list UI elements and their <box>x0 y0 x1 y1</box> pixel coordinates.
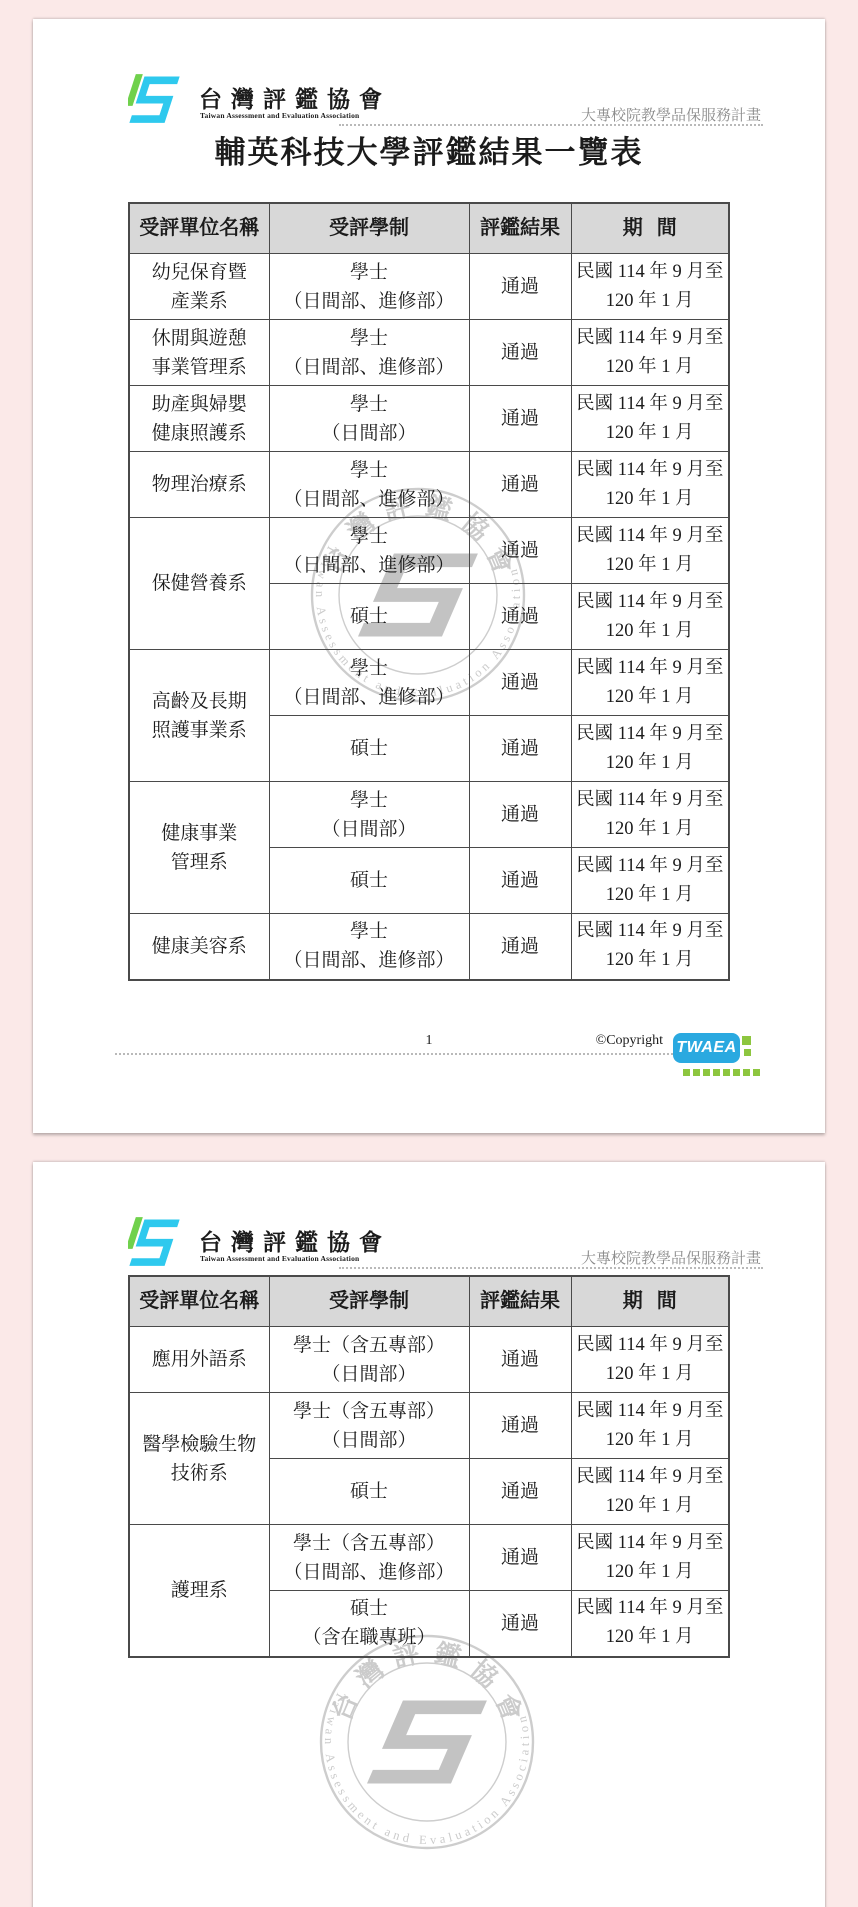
period-cell: 民國 114 年 9 月至120 年 1 月 <box>571 254 729 320</box>
program-cell: 學士（日間部、進修部） <box>269 650 469 716</box>
period-cell: 民國 114 年 9 月至120 年 1 月 <box>571 782 729 848</box>
unit-cell: 幼兒保育暨產業系 <box>129 254 269 320</box>
program-cell: 學士（日間部、進修部） <box>269 452 469 518</box>
table-header-row: 受評單位名稱受評學制評鑑結果期間 <box>129 1276 729 1327</box>
unit-cell: 休閒與遊憩事業管理系 <box>129 320 269 386</box>
table-row: 助產與婦嬰健康照護系學士（日間部）通過民國 114 年 9 月至120 年 1 … <box>129 386 729 452</box>
program-cell: 碩士 <box>269 848 469 914</box>
result-cell: 通過 <box>469 782 571 848</box>
result-cell: 通過 <box>469 1591 571 1657</box>
association-name-zh: 台灣評鑑協會 <box>199 81 391 114</box>
watermark-seal: 台 灣 評 鑑 協 會 Taiwan Assessment and Evalua… <box>307 1622 547 1862</box>
result-cell: 通過 <box>469 716 571 782</box>
table-row: 物理治療系學士（日間部、進修部）通過民國 114 年 9 月至120 年 1 月 <box>129 452 729 518</box>
evaluation-table: 受評單位名稱受評學制評鑑結果期間 幼兒保育暨產業系學士（日間部、進修部）通過民國… <box>128 202 730 981</box>
result-cell: 通過 <box>469 848 571 914</box>
table-row: 幼兒保育暨產業系學士（日間部、進修部）通過民國 114 年 9 月至120 年 … <box>129 254 729 320</box>
twaea-brand-badge: TWAEA <box>673 1033 740 1063</box>
program-cell: 學士（日間部） <box>269 782 469 848</box>
unit-cell: 高齡及長期照護事業系 <box>129 650 269 782</box>
unit-cell: 護理系 <box>129 1525 269 1657</box>
program-cell: 碩士 <box>269 716 469 782</box>
column-header: 受評學制 <box>269 1276 469 1327</box>
footer-dotted-divider <box>115 1051 673 1055</box>
column-header: 期間 <box>571 203 729 254</box>
page-title: 輔英科技大學評鑑結果一覽表 <box>33 127 825 172</box>
period-cell: 民國 114 年 9 月至120 年 1 月 <box>571 1459 729 1525</box>
period-cell: 民國 114 年 9 月至120 年 1 月 <box>571 584 729 650</box>
result-cell: 通過 <box>469 254 571 320</box>
result-cell: 通過 <box>469 518 571 584</box>
table-row: 高齡及長期照護事業系學士（日間部、進修部）通過民國 114 年 9 月至120 … <box>129 650 729 716</box>
unit-cell: 保健營養系 <box>129 518 269 650</box>
result-cell: 通過 <box>469 452 571 518</box>
result-cell: 通過 <box>469 650 571 716</box>
unit-cell: 醫學檢驗生物技術系 <box>129 1393 269 1525</box>
result-cell: 通過 <box>469 914 571 980</box>
result-cell: 通過 <box>469 386 571 452</box>
document-viewer: 台灣評鑑協會 Taiwan Assessment and Evaluation … <box>0 0 858 1907</box>
program-cell: 學士（日間部） <box>269 386 469 452</box>
result-cell: 通過 <box>469 1327 571 1393</box>
result-cell: 通過 <box>469 584 571 650</box>
table-row: 保健營養系學士（日間部、進修部）通過民國 114 年 9 月至120 年 1 月 <box>129 518 729 584</box>
program-cell: 學士（含五專部）（日間部） <box>269 1327 469 1393</box>
association-name-en: Taiwan Assessment and Evaluation Associa… <box>200 1254 359 1263</box>
table-row: 應用外語系學士（含五專部）（日間部）通過民國 114 年 9 月至120 年 1… <box>129 1327 729 1393</box>
document-page-1: 台灣評鑑協會 Taiwan Assessment and Evaluation … <box>33 19 825 1133</box>
copyright-label: ©Copyright <box>553 1033 663 1049</box>
program-cell: 學士（日間部、進修部） <box>269 254 469 320</box>
header-dotted-divider <box>339 1265 763 1269</box>
evaluation-table: 受評單位名稱受評學制評鑑結果期間 應用外語系學士（含五專部）（日間部）通過民國 … <box>128 1275 730 1658</box>
unit-cell: 物理治療系 <box>129 452 269 518</box>
period-cell: 民國 114 年 9 月至120 年 1 月 <box>571 1327 729 1393</box>
unit-cell: 健康事業管理系 <box>129 782 269 914</box>
document-page-2: 台灣評鑑協會 Taiwan Assessment and Evaluation … <box>33 1162 825 1907</box>
svg-text:灣: 灣 <box>349 1654 389 1694</box>
period-cell: 民國 114 年 9 月至120 年 1 月 <box>571 518 729 584</box>
header-dotted-divider <box>339 122 763 126</box>
program-cell: 碩士 <box>269 1459 469 1525</box>
program-cell: 學士（日間部、進修部） <box>269 518 469 584</box>
period-cell: 民國 114 年 9 月至120 年 1 月 <box>571 716 729 782</box>
period-cell: 民國 114 年 9 月至120 年 1 月 <box>571 650 729 716</box>
period-cell: 民國 114 年 9 月至120 年 1 月 <box>571 848 729 914</box>
column-header: 評鑑結果 <box>469 1276 571 1327</box>
program-cell: 碩士 <box>269 584 469 650</box>
twaea-logo-icon <box>128 71 182 129</box>
twaea-logo-icon <box>128 1214 182 1272</box>
program-cell: 學士（含五專部）（日間部、進修部） <box>269 1525 469 1591</box>
column-header: 受評單位名稱 <box>129 1276 269 1327</box>
association-name-zh: 台灣評鑑協會 <box>199 1224 391 1257</box>
result-cell: 通過 <box>469 320 571 386</box>
watermark-s-icon <box>367 1701 487 1784</box>
program-cell: 學士（含五專部）（日間部） <box>269 1393 469 1459</box>
svg-text:協: 協 <box>465 1655 504 1694</box>
column-header: 受評學制 <box>269 203 469 254</box>
table-row: 醫學檢驗生物技術系學士（含五專部）（日間部）通過民國 114 年 9 月至120… <box>129 1393 729 1459</box>
column-header: 評鑑結果 <box>469 203 571 254</box>
table-row: 健康事業管理系學士（日間部）通過民國 114 年 9 月至120 年 1 月 <box>129 782 729 848</box>
program-cell: 學士（日間部、進修部） <box>269 320 469 386</box>
unit-cell: 健康美容系 <box>129 914 269 980</box>
period-cell: 民國 114 年 9 月至120 年 1 月 <box>571 1591 729 1657</box>
period-cell: 民國 114 年 9 月至120 年 1 月 <box>571 1393 729 1459</box>
column-header: 期間 <box>571 1276 729 1327</box>
column-header: 受評單位名稱 <box>129 203 269 254</box>
program-cell: 學士（日間部、進修部） <box>269 914 469 980</box>
table-header-row: 受評單位名稱受評學制評鑑結果期間 <box>129 203 729 254</box>
table-row: 休閒與遊憩事業管理系學士（日間部、進修部）通過民國 114 年 9 月至120 … <box>129 320 729 386</box>
table-row: 健康美容系學士（日間部、進修部）通過民國 114 年 9 月至120 年 1 月 <box>129 914 729 980</box>
result-cell: 通過 <box>469 1393 571 1459</box>
table-row: 護理系學士（含五專部）（日間部、進修部）通過民國 114 年 9 月至120 年… <box>129 1525 729 1591</box>
result-cell: 通過 <box>469 1459 571 1525</box>
period-cell: 民國 114 年 9 月至120 年 1 月 <box>571 320 729 386</box>
program-cell: 碩士（含在職專班） <box>269 1591 469 1657</box>
period-cell: 民國 114 年 9 月至120 年 1 月 <box>571 1525 729 1591</box>
period-cell: 民國 114 年 9 月至120 年 1 月 <box>571 386 729 452</box>
result-cell: 通過 <box>469 1525 571 1591</box>
unit-cell: 應用外語系 <box>129 1327 269 1393</box>
unit-cell: 助產與婦嬰健康照護系 <box>129 386 269 452</box>
association-name-en: Taiwan Assessment and Evaluation Associa… <box>200 111 359 120</box>
period-cell: 民國 114 年 9 月至120 年 1 月 <box>571 914 729 980</box>
period-cell: 民國 114 年 9 月至120 年 1 月 <box>571 452 729 518</box>
